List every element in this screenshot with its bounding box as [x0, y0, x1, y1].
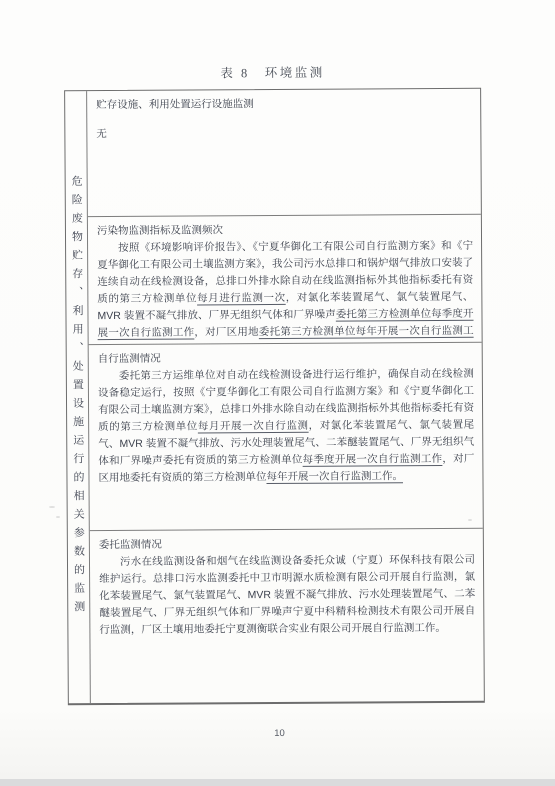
row-paragraph: 污水在线监测设备和烟气在线监测设备委托众诚（宁夏）环保科技有限公司维护运行。总排… [99, 552, 476, 639]
row-paragraph: 委托第三方运维单位对自动在线检测设备进行运行维护，确保自动在线检测设备稳定运行，… [98, 366, 475, 487]
document-title: 表 8 环境监测 [64, 62, 481, 83]
underlined-text-segment: 每月进行监测一次 [197, 292, 286, 305]
row-title: 污染物监测指标及监测频次 [97, 221, 473, 239]
underlined-text-segment: 每年开展一次自行监测工作。 [266, 470, 403, 483]
underlined-text-segment: 每月开展一次自行监测 [198, 420, 309, 433]
environment-monitoring-table: 危险废物贮存、利用、处置设施运行的相关参数的监测 贮存设施、利用处置运行设施监测… [64, 88, 485, 706]
row-value-none: 无 [96, 124, 472, 141]
scan-artifact [56, 516, 60, 518]
row-self-monitoring: 自行监测情况 委托第三方运维单位对自动在线检测设备进行运行维护，确保自动在线检测… [89, 343, 483, 531]
scan-artifact [468, 519, 472, 521]
row-entrusted-monitoring: 委托监测情况 污水在线监测设备和烟气在线监测设备委托众诚（宁夏）环保科技有限公司… [90, 529, 484, 703]
scanned-page: 表 8 环境监测 危险废物贮存、利用、处置设施运行的相关参数的监测 贮存设施、利… [0, 0, 555, 786]
text-segment: ，对厂区用地 [194, 326, 259, 338]
underlined-text-segment: 每季度开展一次自行监测工作 [303, 453, 443, 466]
row-storage-facility-monitoring: 贮存设施、利用处置运行设施监测 无 [87, 89, 481, 217]
row-paragraph: 按照《环境影响评价报告》、《宁夏华御化工有限公司自行监测方案》和《宁夏华御化工有… [97, 238, 474, 345]
page-content: 表 8 环境监测 危险废物贮存、利用、处置设施运行的相关参数的监测 贮存设施、利… [0, 0, 555, 786]
row-title: 贮存设施、利用处置运行设施监测 [96, 95, 472, 113]
table-body-column: 贮存设施、利用处置运行设施监测 无 污染物监测指标及监测频次 按照《环境影响评价… [87, 89, 484, 703]
scanner-edge-strip [0, 779, 555, 786]
page-number: 10 [2, 726, 555, 740]
row-pollutant-indicators: 污染物监测指标及监测频次 按照《环境影响评价报告》、《宁夏华御化工有限公司自行监… [88, 215, 482, 345]
scan-artifact [49, 506, 55, 508]
row-title: 自行监测情况 [98, 349, 474, 367]
row-title: 委托监测情况 [99, 535, 475, 553]
side-header-vertical-text: 危险废物贮存、利用、处置设施运行的相关参数的监测 [65, 175, 90, 619]
